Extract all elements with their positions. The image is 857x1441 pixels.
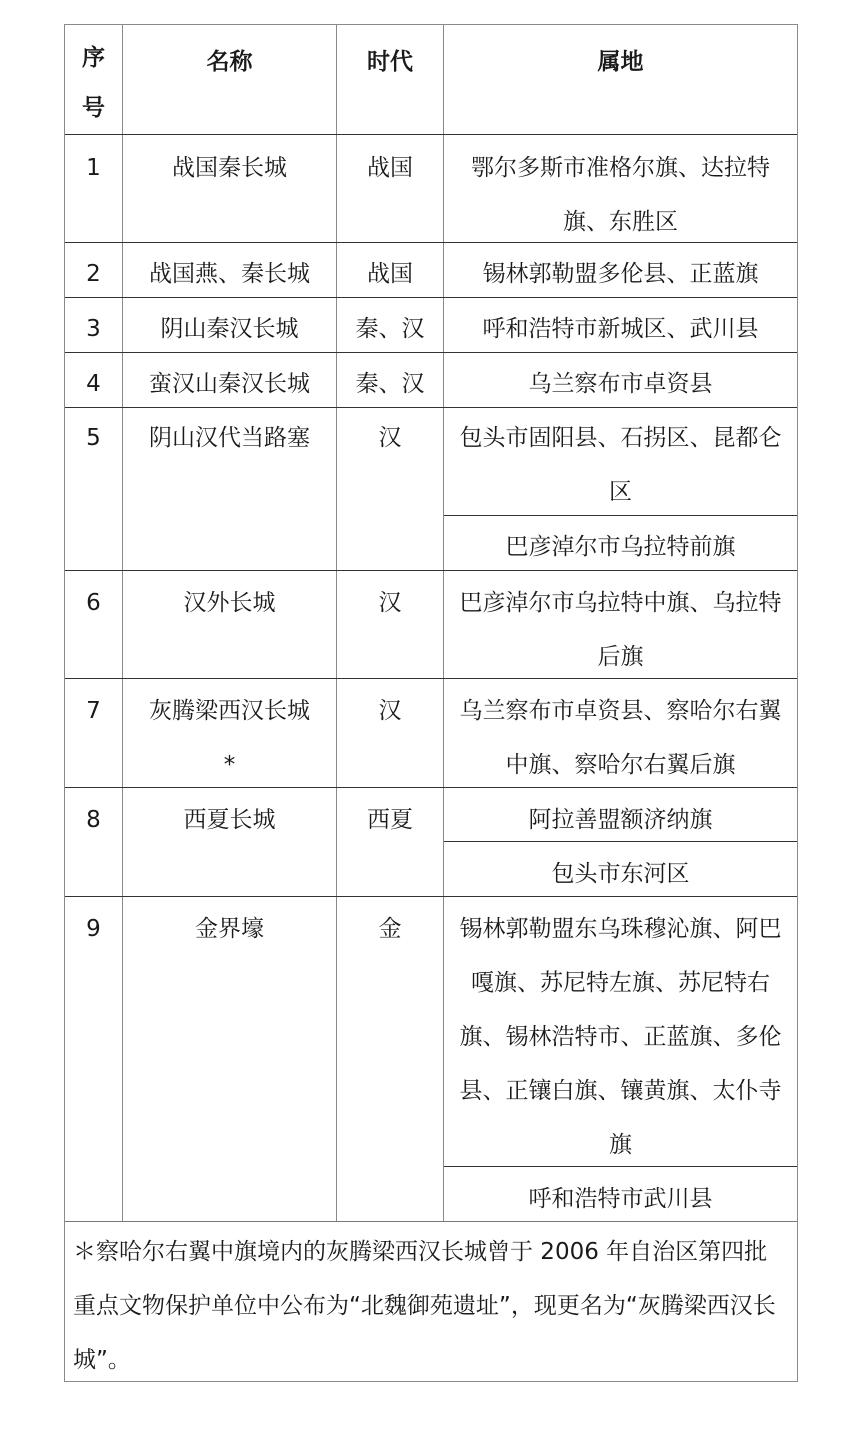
- row-9-name: 金界壕: [123, 902, 336, 956]
- row-2-name: 战国燕、秦长城: [123, 247, 336, 301]
- row-8-index: 8: [65, 793, 122, 847]
- row-5-location-1: 包头市固阳县、石拐区、昆都仑区: [444, 411, 797, 519]
- row-3-index: 3: [65, 302, 122, 356]
- row-8-era: 西夏: [337, 793, 443, 847]
- row-8-location-2: 包头市东河区: [444, 847, 797, 901]
- row-6-era: 汉: [337, 576, 443, 630]
- row-2-location: 锡林郭勒盟多伦县、正蓝旗: [444, 247, 797, 301]
- row-4-era: 秦、汉: [337, 357, 443, 411]
- row-6-name: 汉外长城: [123, 576, 336, 630]
- row-5-index: 5: [65, 411, 122, 465]
- row-7-name: 灰腾梁西汉长城*: [123, 684, 336, 792]
- row-5-location-2: 巴彦淖尔市乌拉特前旗: [444, 520, 797, 574]
- header-index: 序号: [65, 33, 122, 133]
- header-name: 名称: [123, 33, 336, 91]
- row-3-name: 阴山秦汉长城: [123, 302, 336, 356]
- row-1-name: 战国秦长城: [123, 141, 336, 195]
- row-6-index: 6: [65, 576, 122, 630]
- row-4-index: 4: [65, 357, 122, 411]
- row-9-location-2: 呼和浩特市武川县: [444, 1172, 797, 1226]
- row-9-index: 9: [65, 902, 122, 956]
- footnote: ＊察哈尔右翼中旗境内的灰腾梁西汉长城曾于 2006 年自治区第四批重点文物保护单…: [73, 1225, 789, 1387]
- row-8-location-1: 阿拉善盟额济纳旗: [444, 793, 797, 847]
- great-wall-table: 序号 名称 时代 属地 1 战国秦长城 战国 鄂尔多斯市准格尔旗、达拉特旗、东胜…: [64, 24, 798, 1382]
- row-9-location-1: 锡林郭勒盟东乌珠穆沁旗、阿巴嘎旗、苏尼特左旗、苏尼特右旗、锡林浩特市、正蓝旗、多…: [444, 902, 797, 1172]
- row-8-name: 西夏长城: [123, 793, 336, 847]
- row-2-index: 2: [65, 247, 122, 301]
- row-3-era: 秦、汉: [337, 302, 443, 356]
- row-divider: [65, 134, 797, 135]
- row-4-location: 乌兰察布市卓资县: [444, 357, 797, 411]
- row-4-name: 蛮汉山秦汉长城: [123, 357, 336, 411]
- row-1-location: 鄂尔多斯市准格尔旗、达拉特旗、东胜区: [444, 141, 797, 249]
- row-7-era: 汉: [337, 684, 443, 738]
- row-5-era: 汉: [337, 411, 443, 465]
- header-location: 属地: [444, 33, 797, 91]
- row-5-name: 阴山汉代当路塞: [123, 411, 336, 465]
- header-era: 时代: [337, 33, 443, 91]
- row-1-era: 战国: [337, 141, 443, 195]
- row-7-index: 7: [65, 684, 122, 738]
- row-1-index: 1: [65, 141, 122, 195]
- row-2-era: 战国: [337, 247, 443, 301]
- row-6-location: 巴彦淖尔市乌拉特中旗、乌拉特后旗: [444, 576, 797, 684]
- row-7-location: 乌兰察布市卓资县、察哈尔右翼中旗、察哈尔右翼后旗: [444, 684, 797, 792]
- row-9-era: 金: [337, 902, 443, 956]
- header-index-label: 序号: [82, 33, 106, 133]
- row-3-location: 呼和浩特市新城区、武川县: [444, 302, 797, 356]
